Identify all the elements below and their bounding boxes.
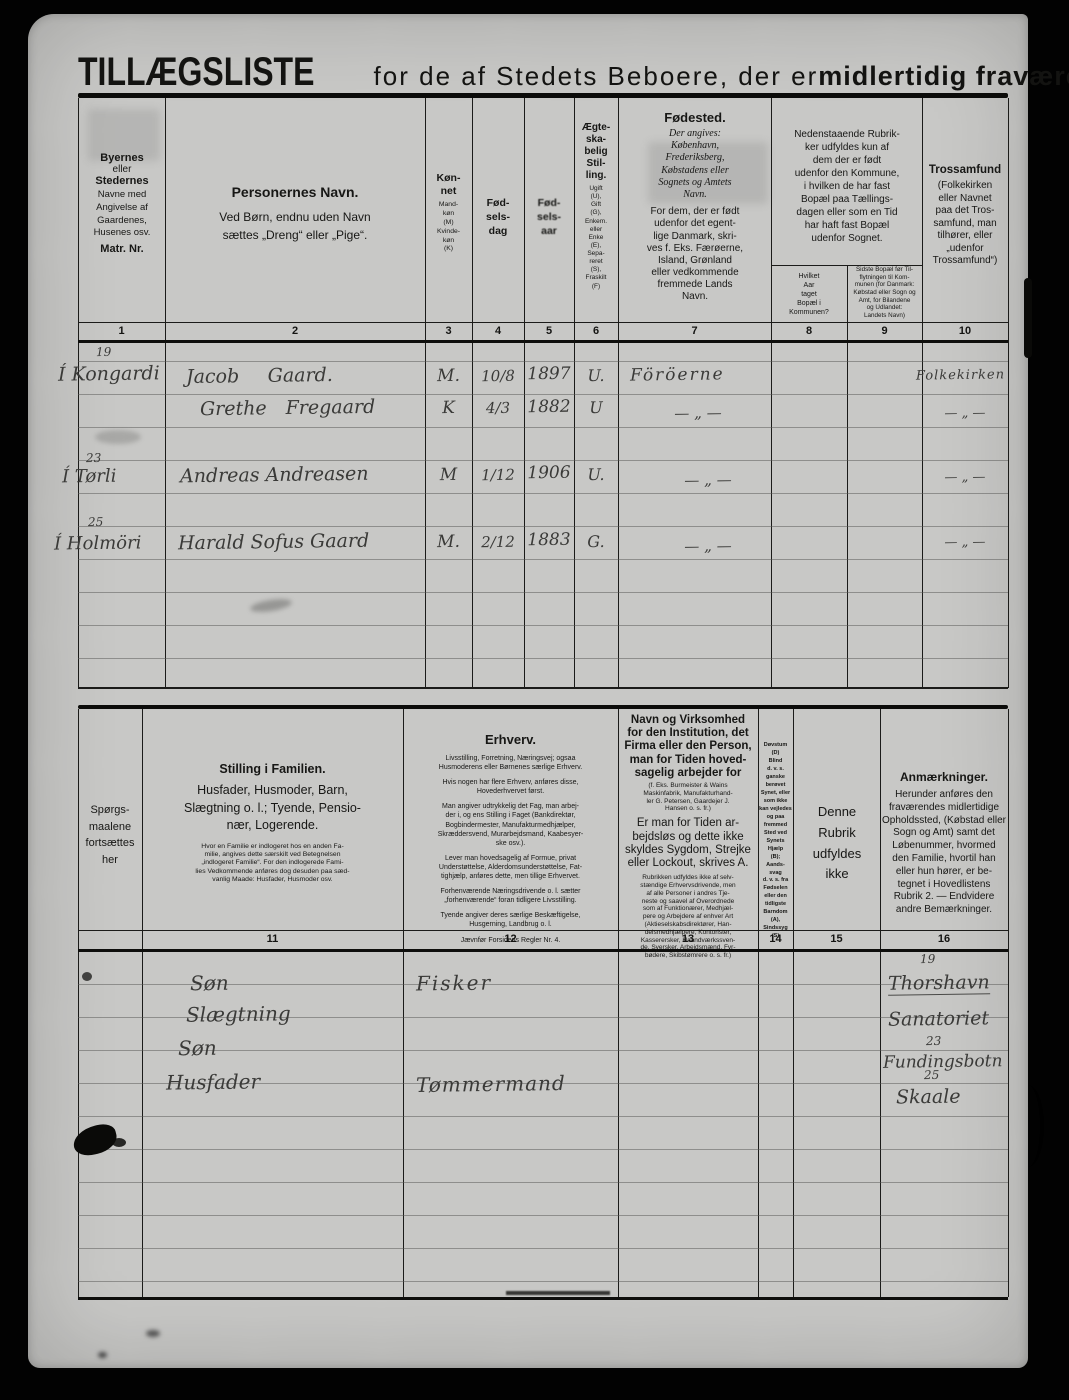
entry-birthplace: Föröerne (630, 364, 725, 385)
t2-col13-header: Navn og Virksomhed for den Institution, … (620, 714, 756, 960)
dust-speck (146, 1330, 160, 1337)
t1-col3-header: Køn- net Mand- køn (M) Kvinde- køn (K) (426, 172, 471, 254)
dust-speck (98, 1352, 107, 1358)
entry-civil-status: G. (574, 532, 618, 552)
entry-remark: Sanatoriet (888, 1007, 989, 1030)
entry-place: Í Kongardi (58, 362, 160, 385)
entry-birthyear: 1906 (524, 463, 574, 484)
t1-col5-header: Fød- sels- aar (525, 196, 573, 239)
t2-colnum-13: 13 (618, 933, 758, 945)
t1-colnum-10: 10 (922, 325, 1008, 337)
t2-col15-header: Denne Rubrik udfyldes ikke (795, 802, 879, 885)
t1-border (78, 687, 1008, 689)
title-main: TILLÆGSLISTE (78, 50, 314, 95)
t2-colnum-12: 12 (403, 933, 618, 945)
title-mid: for de af Stedets Beboere, der er (374, 61, 819, 92)
entry-remark-number: 19 (920, 952, 935, 966)
pencil-smudge (95, 430, 141, 444)
entry-place-number: 19 (96, 345, 111, 359)
entry-civil-status: U (574, 398, 618, 418)
entry-birthyear: 1882 (524, 397, 574, 418)
entry-remark: Fundingsbotn (883, 1051, 1003, 1073)
entry-family-position: Søn (190, 971, 229, 996)
title-tail: midlertidig fraværende. (818, 61, 1069, 92)
t1-col6-header: Ægte- ska- belig Stil- ling. Ugift (U), … (575, 122, 617, 291)
entry-sex: M. (425, 366, 472, 387)
entry-occupation: Tømmermand (416, 1071, 566, 1097)
entry-birthday: 4/3 (472, 399, 524, 418)
t1-colnum-7: 7 (618, 325, 771, 337)
entry-denomination-ditto: — „ — (922, 534, 1008, 550)
t2-col12-header: Erhverv. Livsstilling, Forretning, Nærin… (405, 732, 616, 945)
ink-blot (112, 1138, 126, 1147)
entry-family-position: Husfader (166, 1069, 260, 1094)
ink-spot (82, 972, 92, 981)
entry-birthday: 1/12 (472, 466, 524, 485)
entry-denomination: Folkekirken (916, 367, 1005, 383)
entry-place: Í Holmöri (54, 532, 142, 554)
entry-denomination-ditto: — „ — (922, 405, 1008, 421)
t1-col8-header: Hvilket Aar taget Bopæl i Kommunen? (773, 272, 845, 317)
t1-colnum-8: 8 (771, 325, 847, 337)
t1-border (1008, 98, 1009, 688)
t2-border (1008, 709, 1009, 1297)
entry-civil-status: U. (574, 465, 618, 485)
entry-birthyear: 1883 (524, 530, 574, 551)
t2-top-rule (78, 705, 1008, 709)
entry-birthplace-ditto: — „ — (628, 470, 788, 490)
entry-remark: Thorshavn (888, 971, 990, 995)
t1-col10-header: Trossamfund (Folkekirken eller Navnet pa… (924, 164, 1006, 268)
t2-colnum-11: 11 (142, 933, 403, 945)
t2-colnum-15: 15 (793, 933, 880, 945)
entry-name: Harald Sofus Gaard (178, 530, 369, 555)
page-title: TILLÆGSLISTE for de af Stedets Beboere, … (78, 50, 1008, 95)
t1-col4-header: Fød- sels- dag (473, 196, 523, 239)
entry-civil-status: U. (574, 366, 618, 386)
t1-col1-header: Byernes eller Stedernes Navne med Angive… (80, 152, 164, 255)
entry-sex: M (425, 465, 472, 486)
t1-col89-header: Nedenstaaende Rubrik- ker udfyldes kun a… (773, 128, 921, 245)
t2-border (78, 949, 1008, 952)
t1-colnum-9: 9 (847, 325, 922, 337)
entry-name: Andreas Andreasen (180, 463, 369, 488)
t2-colnum-16: 16 (880, 933, 1008, 945)
entry-birthplace-ditto: — „ — (628, 536, 788, 556)
entry-name: Grethe Fregaard (200, 396, 375, 420)
printer-mark (506, 1291, 610, 1295)
entry-birthyear: 1897 (524, 364, 574, 385)
scan-edge-artifact (1024, 278, 1032, 358)
t2-col14-header: Døvstum (D) Blind d. v. s. ganske berøve… (759, 742, 792, 941)
entry-sex: M. (425, 532, 472, 553)
entry-place-number: 23 (86, 451, 101, 465)
t2-colnum-14: 14 (758, 933, 793, 945)
t1-colnum-3: 3 (425, 325, 472, 337)
entry-remark-number: 23 (926, 1034, 941, 1048)
t2-col16-header: Anmærkninger. Herunder anføres den fravæ… (882, 770, 1006, 917)
t1-col9-header: Sidste Bopæl før Til- flytningen til Kom… (849, 266, 920, 320)
entry-place-number: 25 (88, 515, 103, 529)
scanned-census-page: TILLÆGSLISTE for de af Stedets Beboere, … (28, 14, 1028, 1368)
t2-border (78, 1297, 1008, 1300)
t1-colnum-5: 5 (524, 325, 574, 337)
t1-colnum-6: 6 (574, 325, 618, 337)
t1-col2-header: Personernes Navn. Ved Børn, endnu uden N… (168, 184, 422, 244)
t2-col11-header: Stilling i Familien. Husfader, Husmoder,… (144, 762, 401, 885)
entry-birthday: 10/8 (472, 367, 524, 386)
entry-sex: K (425, 398, 472, 419)
t2-side-label: Spørgs- maalene fortsættes her (80, 802, 140, 868)
title-rule (78, 93, 1008, 98)
t1-colnum-2: 2 (165, 325, 425, 337)
entry-birthplace-ditto: — „ — (628, 403, 768, 423)
entry-name: Jacob Gaard. (186, 364, 333, 388)
t1-col7-header: Fødested. Der angives: København, Freder… (620, 110, 770, 304)
scan-edge-artifact (1028, 1085, 1044, 1167)
entry-place: Í Tørli (62, 466, 117, 488)
entry-occupation: Fisker (416, 970, 492, 995)
entry-denomination-ditto: — „ — (922, 469, 1008, 485)
t1-colnum-4: 4 (472, 325, 524, 337)
entry-family-position: Slægtning (186, 1001, 291, 1026)
entry-birthday: 2/12 (472, 533, 524, 552)
t1-colnum-1: 1 (78, 325, 165, 337)
t1-border (78, 322, 1008, 323)
t1-border (78, 340, 1008, 343)
entry-family-position: Søn (178, 1036, 217, 1061)
entry-remark-number: 25 (924, 1068, 939, 1082)
entry-remark: Skaale (896, 1086, 961, 1109)
